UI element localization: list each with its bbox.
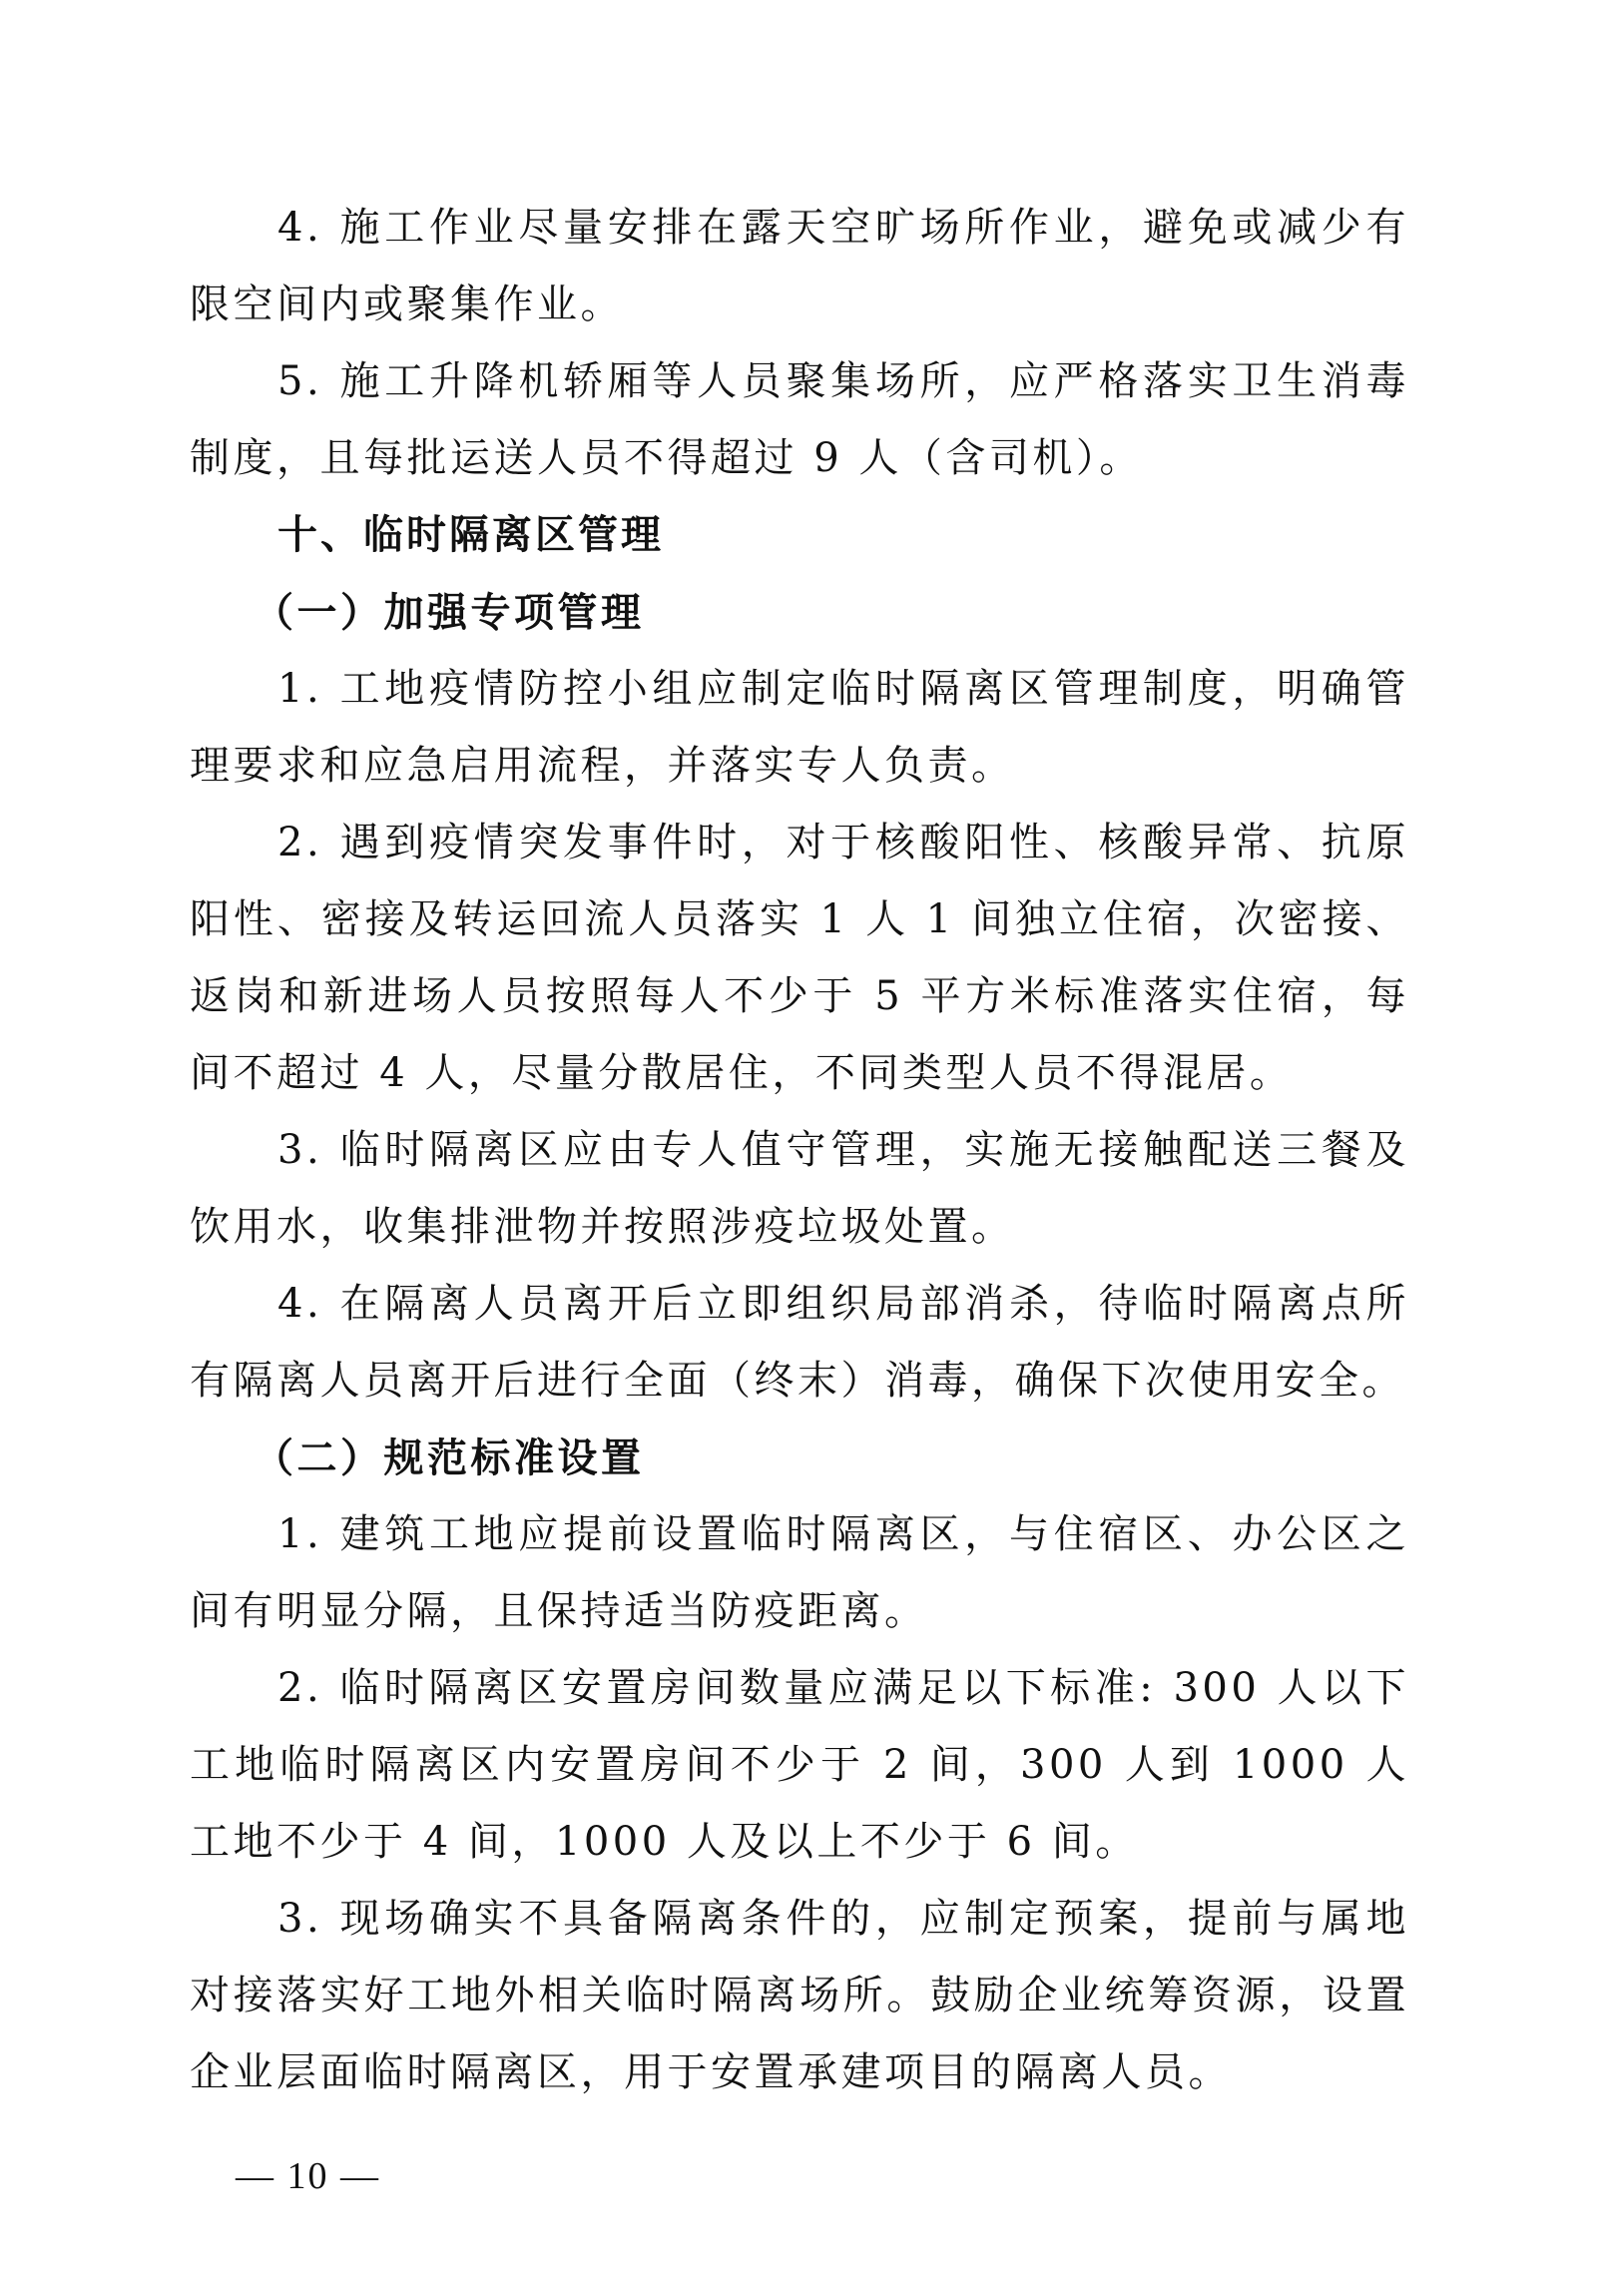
subsection-heading-1: （一）加强专项管理 xyxy=(190,574,1409,651)
subsection-2-item-3: 3. 现场确实不具备隔离条件的，应制定预案，提前与属地对接落实好工地外相关临时隔… xyxy=(190,1881,1409,2111)
subsection-2-item-2: 2. 临时隔离区安置房间数量应满足以下标准: 300 人以下工地临时隔离区内安置… xyxy=(190,1650,1409,1881)
document-page: 4. 施工作业尽量安排在露天空旷场所作业，避免或减少有限空间内或聚集作业。 5.… xyxy=(0,0,1597,2296)
subsection-heading-2: （二）规范标准设置 xyxy=(190,1420,1409,1496)
section-heading: 十、临时隔离区管理 xyxy=(190,497,1409,574)
subsection-2-item-1: 1. 建筑工地应提前设置临时隔离区，与住宿区、办公区之间有明显分隔，且保持适当防… xyxy=(190,1496,1409,1650)
subsection-1-item-3: 3. 临时隔离区应由专人值守管理，实施无接触配送三餐及饮用水，收集排泄物并按照涉… xyxy=(190,1112,1409,1266)
paragraph-item-4: 4. 施工作业尽量安排在露天空旷场所作业，避免或减少有限空间内或聚集作业。 xyxy=(190,190,1409,343)
subsection-1-item-2: 2. 遇到疫情突发事件时，对于核酸阳性、核酸异常、抗原阳性、密接及转运回流人员落… xyxy=(190,805,1409,1112)
paragraph-item-5: 5. 施工升降机轿厢等人员聚集场所，应严格落实卫生消毒制度，且每批运送人员不得超… xyxy=(190,343,1409,497)
document-body: 4. 施工作业尽量安排在露天空旷场所作业，避免或减少有限空间内或聚集作业。 5.… xyxy=(190,190,1409,2111)
subsection-1-item-1: 1. 工地疫情防控小组应制定临时隔离区管理制度，明确管理要求和应急启用流程，并落… xyxy=(190,651,1409,805)
page-number: — 10 — xyxy=(236,2148,380,2204)
subsection-1-item-4: 4. 在隔离人员离开后立即组织局部消杀，待临时隔离点所有隔离人员离开后进行全面（… xyxy=(190,1266,1409,1420)
